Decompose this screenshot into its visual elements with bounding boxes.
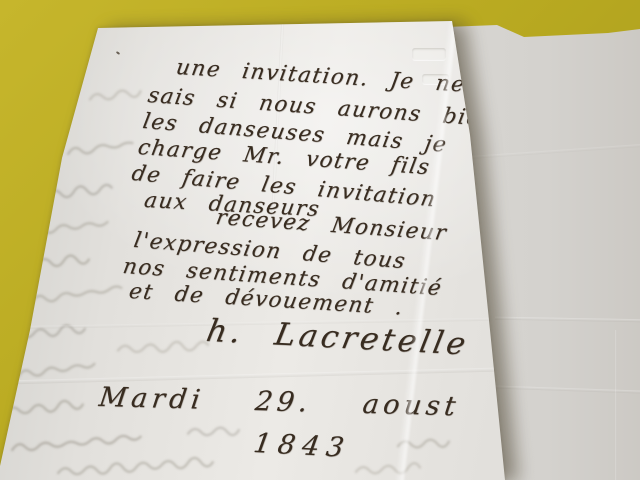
- show-through-line: [30, 219, 108, 235]
- show-through-line: [188, 427, 239, 438]
- show-through-line: [68, 141, 133, 156]
- show-through-line: [12, 434, 141, 452]
- year: 1843: [252, 430, 353, 462]
- show-through-line: [6, 399, 84, 416]
- show-through-line: [90, 88, 142, 103]
- show-through-line: [118, 340, 208, 354]
- embossed-stamp: [412, 48, 446, 61]
- photo-of-handwritten-letter: une invitation. Je ne sais si nous auron…: [0, 0, 640, 480]
- show-through-line: [58, 457, 213, 477]
- show-through-line: [12, 254, 90, 270]
- show-through-line: [356, 463, 420, 476]
- letter-page: une invitation. Je ne sais si nous auron…: [0, 0, 640, 480]
- show-through-line: [32, 286, 122, 304]
- show-through-line: [18, 361, 95, 378]
- front-page-wrapper: une invitation. Je ne sais si nous auron…: [0, 0, 640, 480]
- show-through-line: [22, 183, 112, 202]
